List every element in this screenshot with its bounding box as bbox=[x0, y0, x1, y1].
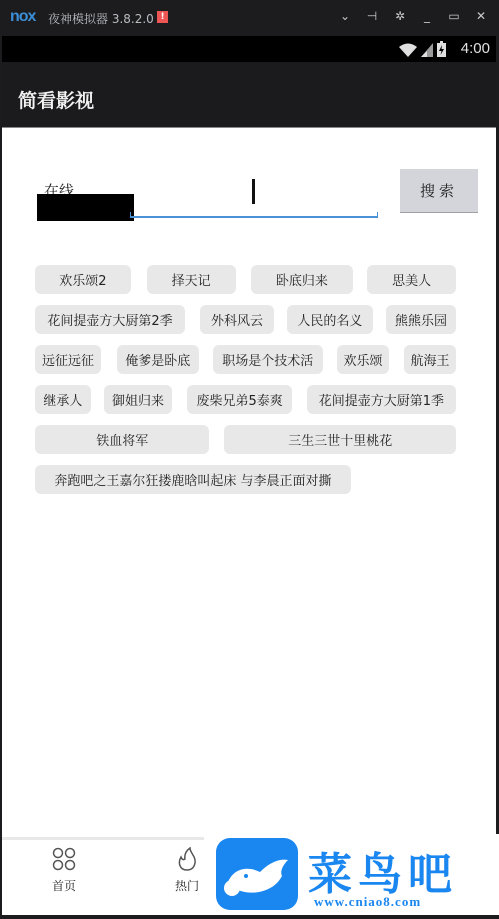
tag-chip[interactable]: 远征远征 bbox=[35, 345, 101, 374]
tag-chip[interactable]: 思美人 bbox=[367, 265, 456, 294]
watermark: 菜鸟吧 www.cniao8.com bbox=[216, 834, 499, 919]
bird-logo-icon bbox=[216, 838, 298, 910]
tag-chip[interactable]: 卧底归来 bbox=[251, 265, 354, 294]
tag-chip[interactable]: 欢乐颂2 bbox=[35, 265, 131, 294]
maximize-icon[interactable]: ▭ bbox=[446, 9, 462, 23]
hot-tags: 欢乐颂2 择天记 卧底归来 思美人 花间提壶方大厨第2季 外科风云 人民的名义 … bbox=[35, 265, 465, 505]
tag-chip[interactable]: 外科风云 bbox=[200, 305, 274, 334]
main-content: 在线 搜索 欢乐颂2 择天记 卧底归来 思美人 花间提壶方大厨第2季 外科风云 … bbox=[2, 127, 496, 837]
text-cursor bbox=[252, 179, 255, 204]
tag-chip[interactable]: 俺爹是卧底 bbox=[117, 345, 199, 374]
nav-item-home[interactable]: 首页 bbox=[34, 847, 94, 894]
flame-icon bbox=[174, 847, 200, 871]
nav-label: 首页 bbox=[34, 877, 94, 894]
status-time: 4:00 bbox=[461, 40, 490, 57]
tag-chip[interactable]: 熊熊乐园 bbox=[386, 305, 456, 334]
tag-chip[interactable]: 择天记 bbox=[147, 265, 236, 294]
gear-icon[interactable]: ✲ bbox=[392, 9, 408, 23]
battery-charging-icon bbox=[437, 41, 446, 57]
tag-chip[interactable]: 御姐归来 bbox=[104, 385, 173, 414]
tag-row: 奔跑吧之王嘉尔狂搂鹿晗叫起床 与李晨正面对撕 bbox=[35, 465, 465, 494]
minimize-icon[interactable]: _ bbox=[419, 9, 435, 23]
emulator-name: 夜神模拟器 3.8.2.0 bbox=[48, 10, 154, 27]
tag-row: 铁血将军 三生三世十里桃花 bbox=[35, 425, 465, 454]
emulator-titlebar: nox 夜神模拟器 3.8.2.0 ! ⌄ ⊣ ✲ _ ▭ ✕ bbox=[0, 0, 499, 36]
nav-item-hot[interactable]: 热门 bbox=[157, 847, 217, 894]
tag-row: 花间提壶方大厨第2季 外科风云 人民的名义 熊熊乐园 bbox=[35, 305, 465, 334]
grid-icon bbox=[51, 847, 77, 871]
wifi-icon bbox=[399, 43, 417, 57]
tag-chip[interactable]: 废柴兄弟5泰爽 bbox=[187, 385, 291, 414]
tag-row: 欢乐颂2 择天记 卧底归来 思美人 bbox=[35, 265, 465, 294]
search-button[interactable]: 搜索 bbox=[400, 169, 478, 213]
tag-chip[interactable]: 三生三世十里桃花 bbox=[224, 425, 456, 454]
tag-chip[interactable]: 欢乐颂 bbox=[337, 345, 389, 374]
watermark-text: 菜鸟吧 bbox=[308, 838, 458, 902]
tag-chip[interactable]: 职场是个技术活 bbox=[213, 345, 323, 374]
redacted-block bbox=[37, 194, 134, 221]
tag-chip[interactable]: 花间提壶方大厨第2季 bbox=[35, 305, 185, 334]
nox-logo: nox bbox=[10, 8, 35, 26]
nav-label: 热门 bbox=[157, 877, 217, 894]
close-icon[interactable]: ✕ bbox=[473, 9, 489, 23]
tag-chip[interactable]: 花间提壶方大厨第1季 bbox=[307, 385, 456, 414]
app-bar: 简看影视 bbox=[2, 62, 496, 127]
nav-divider bbox=[2, 837, 204, 840]
pin-icon[interactable]: ⊣ bbox=[364, 9, 380, 23]
tag-chip[interactable]: 铁血将军 bbox=[35, 425, 209, 454]
tag-chip[interactable]: 奔跑吧之王嘉尔狂搂鹿晗叫起床 与李晨正面对撕 bbox=[35, 465, 351, 494]
input-edge-left bbox=[130, 212, 131, 218]
app-title: 简看影视 bbox=[18, 86, 94, 113]
tag-chip[interactable]: 继承人 bbox=[35, 385, 91, 414]
tag-chip[interactable]: 人民的名义 bbox=[287, 305, 373, 334]
tag-chip[interactable]: 航海王 bbox=[404, 345, 456, 374]
chevron-down-icon[interactable]: ⌄ bbox=[337, 9, 353, 23]
signal-icon bbox=[421, 43, 433, 57]
android-statusbar: 4:00 bbox=[2, 36, 496, 62]
tag-row: 继承人 御姐归来 废柴兄弟5泰爽 花间提壶方大厨第1季 bbox=[35, 385, 465, 414]
watermark-url: www.cniao8.com bbox=[314, 894, 421, 910]
warning-badge[interactable]: ! bbox=[157, 11, 168, 23]
frame-border bbox=[0, 915, 499, 919]
input-edge-right bbox=[377, 212, 378, 218]
tag-row: 远征远征 俺爹是卧底 职场是个技术活 欢乐颂 航海王 bbox=[35, 345, 465, 374]
